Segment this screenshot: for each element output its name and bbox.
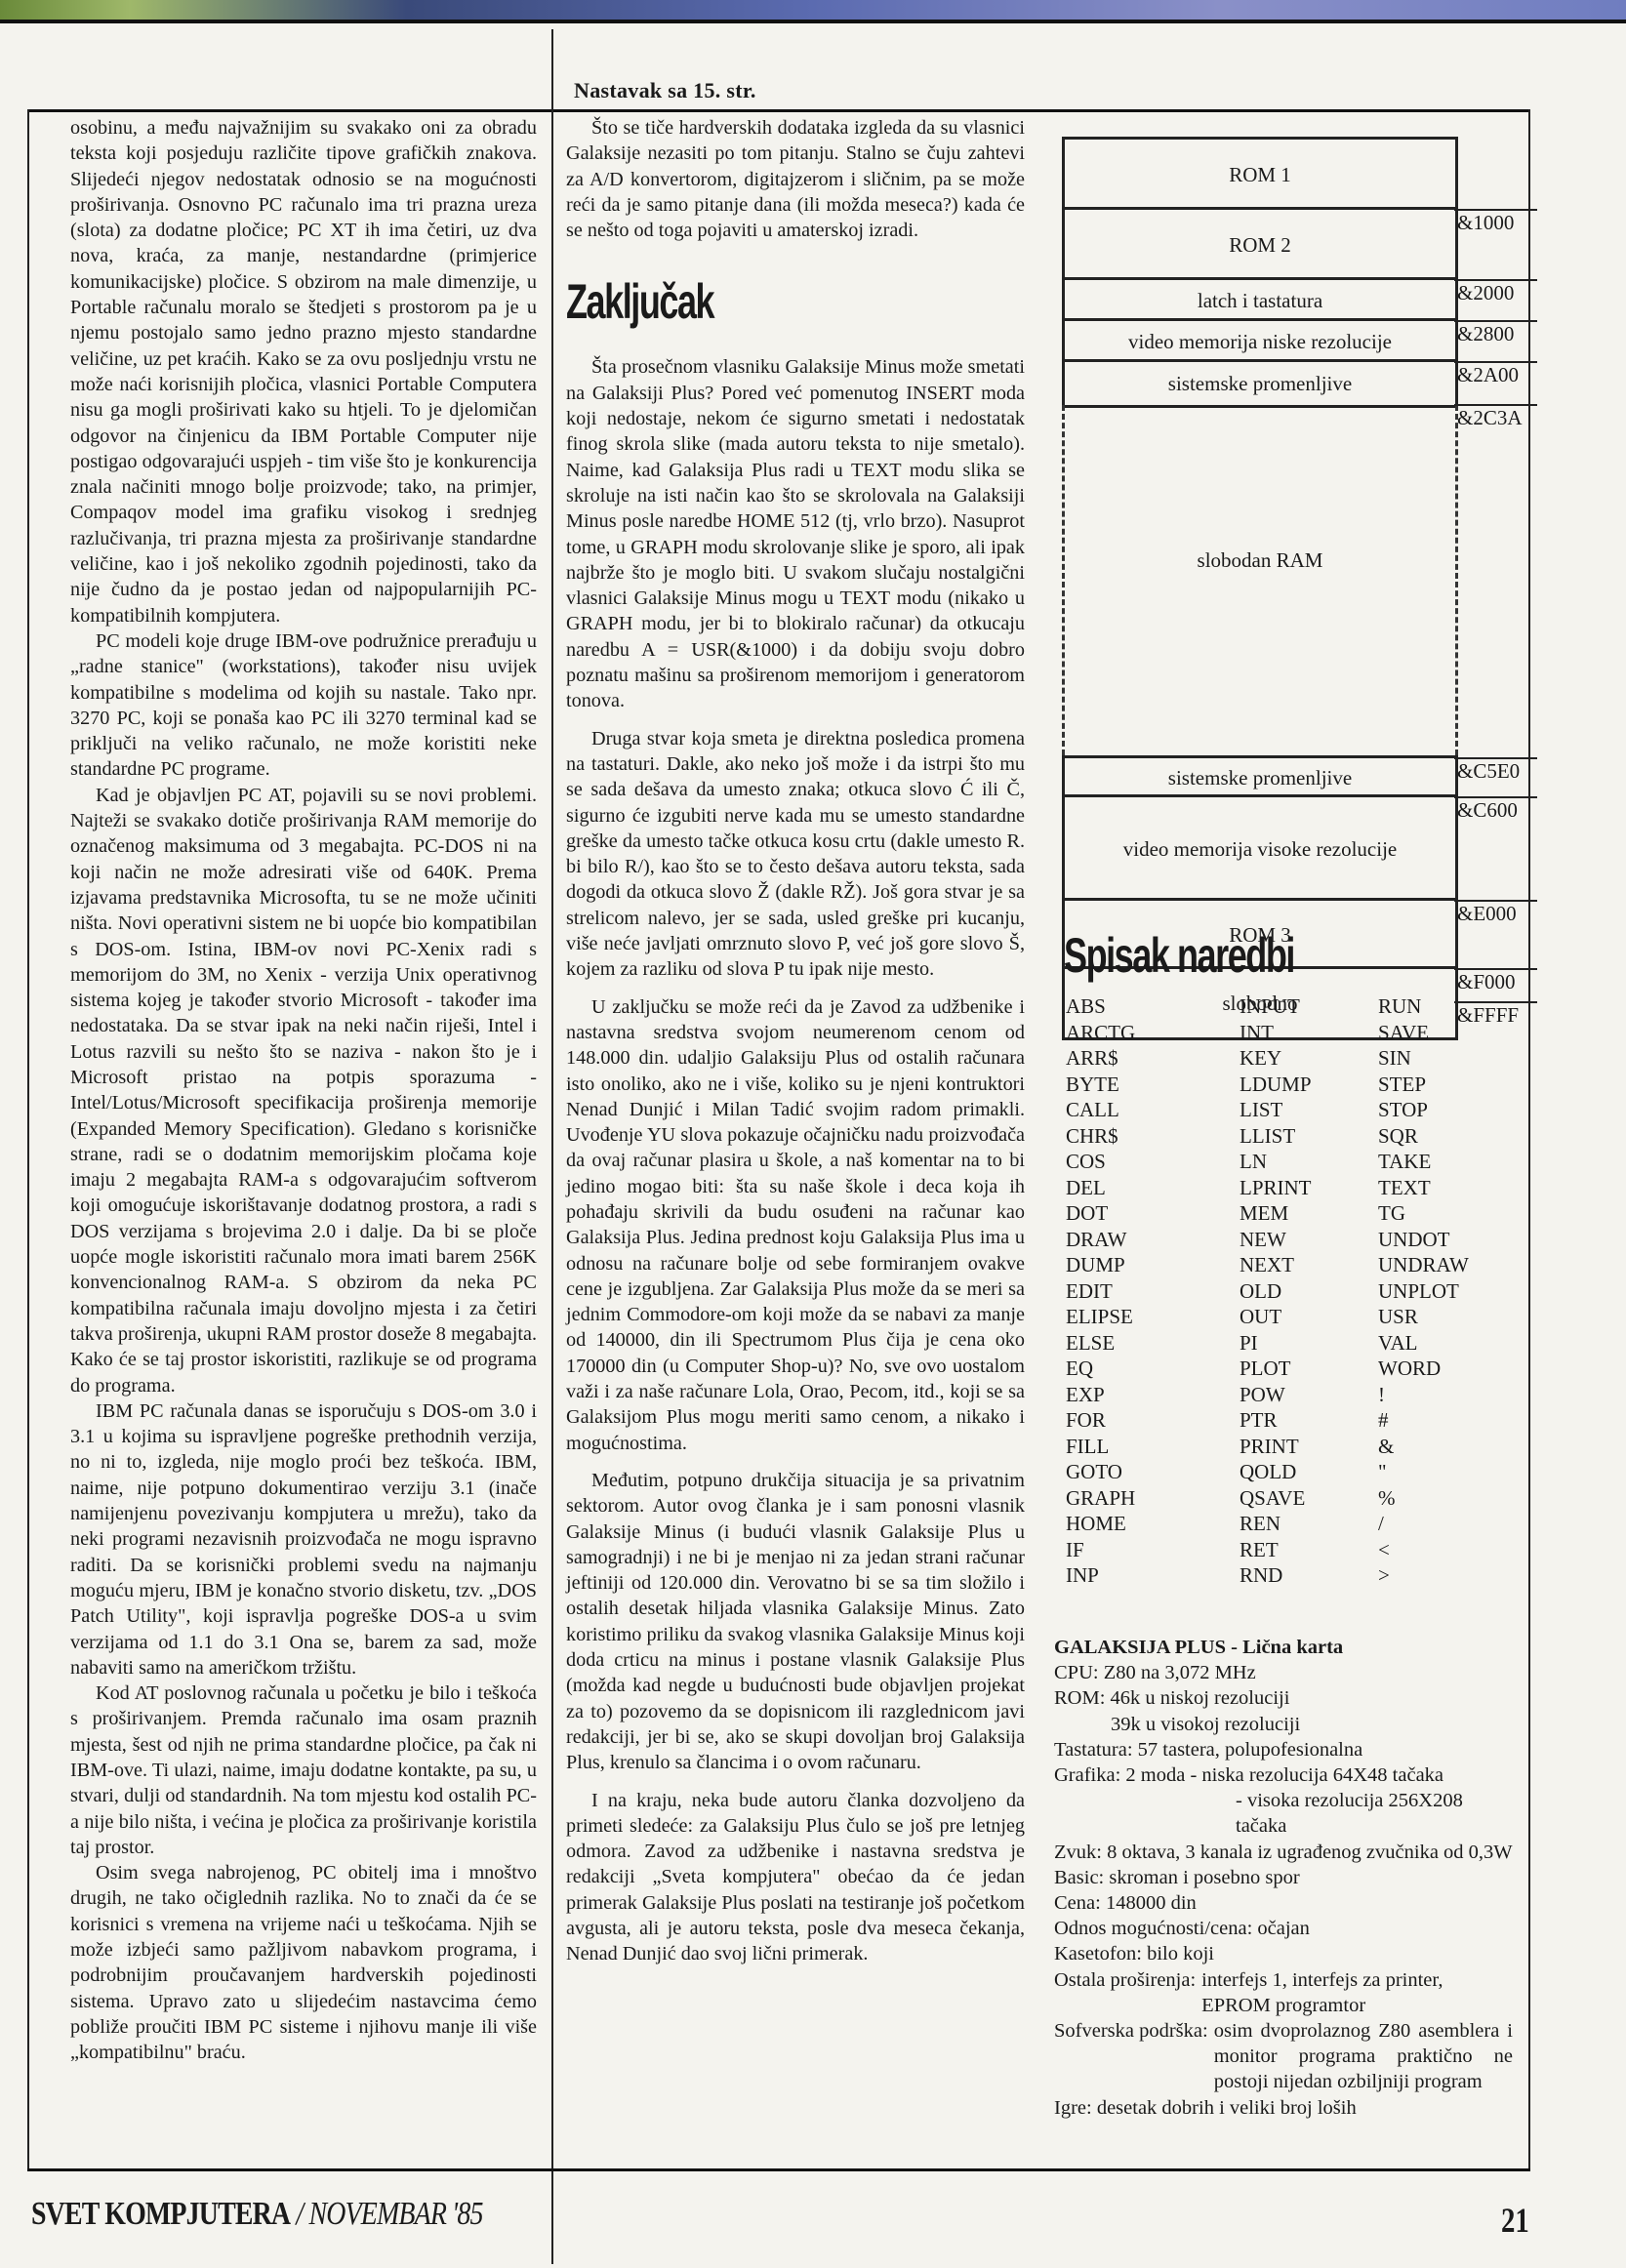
command-item: ABS [1066, 993, 1135, 1020]
spec-graphics: Grafika: 2 moda - niska rezolucija 64X48… [1054, 1762, 1513, 1788]
command-item: % [1378, 1485, 1469, 1512]
command-item: LN [1240, 1149, 1312, 1175]
command-item: FILL [1066, 1434, 1135, 1460]
command-item: & [1378, 1434, 1469, 1460]
commands-column-3: RUNSAVESINSTEPSTOPSQRTAKETEXTTGUNDOTUNDR… [1378, 993, 1469, 1589]
memory-block-video-high: video memorija visoke rezolucije [1062, 794, 1458, 901]
spec-software: Sofverska podrška: osim dvoprolaznog Z80… [1054, 2018, 1513, 2095]
spec-value: Odnos mogućnosti/cena: očajan [1054, 1916, 1513, 1941]
memory-block-rom1: ROM 1 [1062, 137, 1458, 210]
command-item: EQ [1066, 1356, 1135, 1382]
command-item: NEW [1240, 1227, 1312, 1253]
continuation-kicker: Nastavak sa 15. str. [574, 78, 756, 103]
command-item: KEY [1240, 1045, 1312, 1072]
command-item: EDIT [1066, 1278, 1135, 1305]
commands-heading: Spisak naredbi [1064, 927, 1294, 984]
command-item: REN [1240, 1511, 1312, 1537]
address-label: &1000 [1454, 209, 1537, 235]
article-column-1: osobinu, a među najvažnijim su svakako o… [70, 115, 537, 2066]
command-item: OUT [1240, 1304, 1312, 1330]
command-item: RUN [1378, 993, 1469, 1020]
command-item: LIST [1240, 1097, 1312, 1123]
footer-rule [27, 2168, 1530, 2171]
command-item: QSAVE [1240, 1485, 1312, 1512]
address-label: &2A00 [1454, 361, 1537, 387]
command-item: EXP [1066, 1382, 1135, 1408]
command-item: LDUMP [1240, 1072, 1312, 1098]
command-item: LLIST [1240, 1123, 1312, 1150]
command-item: " [1378, 1459, 1469, 1485]
command-item: CALL [1066, 1097, 1135, 1123]
spec-games: Igre: desetak dobrih i veliki broj loših [1054, 2095, 1513, 2121]
command-item: UNDRAW [1378, 1252, 1469, 1278]
spec-card-title: GALAKSIJA PLUS - Lična karta [1054, 1635, 1513, 1660]
paragraph: Šta prosečnom vlasniku Galaksije Minus m… [566, 354, 1025, 713]
command-item: > [1378, 1562, 1469, 1589]
command-item: ELSE [1066, 1330, 1135, 1357]
paragraph: IBM PC računala danas se isporučuju s DO… [70, 1398, 537, 1681]
command-item: UNPLOT [1378, 1278, 1469, 1305]
command-item: SIN [1378, 1045, 1469, 1072]
spec-keyboard: Tastatura: 57 tastera, polupofesionalna [1054, 1737, 1513, 1762]
command-item: # [1378, 1407, 1469, 1434]
memory-block-rom2: ROM 2 [1062, 207, 1458, 280]
spec-card: GALAKSIJA PLUS - Lična karta CPU: Z80 na… [1054, 1635, 1513, 2121]
command-item: PLOT [1240, 1356, 1312, 1382]
address-label: &F000 [1454, 968, 1537, 994]
command-item: COS [1066, 1149, 1135, 1175]
address-label: &2800 [1454, 320, 1537, 346]
command-item: ARR$ [1066, 1045, 1135, 1072]
command-item: WORD [1378, 1356, 1469, 1382]
address-label: &2000 [1454, 279, 1537, 305]
spec-sound: Zvuk: 8 oktava, 3 kanala iz ugrađenog zv… [1054, 1840, 1513, 1865]
spec-graphics-high: - visoka rezolucija 256X208 tačaka [1054, 1788, 1513, 1839]
address-label: &C5E0 [1454, 757, 1537, 784]
command-item: INT [1240, 1020, 1312, 1046]
command-item: LPRINT [1240, 1175, 1312, 1201]
memory-block-video-low: video memorija niske rezolucije [1062, 318, 1458, 362]
commands-column-2: INPUTINTKEYLDUMPLISTLLISTLNLPRINTMEMNEWN… [1240, 993, 1312, 1589]
address-label: &2C3A [1454, 404, 1537, 430]
magazine-name: SVET KOMPJUTERA [31, 2196, 290, 2232]
command-item: < [1378, 1537, 1469, 1563]
command-item: HOME [1066, 1511, 1135, 1537]
memory-block-free-ram: slobodan RAM [1062, 405, 1458, 755]
command-item: INPUT [1240, 993, 1312, 1020]
command-item: USR [1378, 1304, 1469, 1330]
command-item: MEM [1240, 1200, 1312, 1227]
paragraph: Druga stvar koja smeta je direktna posle… [566, 726, 1025, 983]
command-item: FOR [1066, 1407, 1135, 1434]
page-number: 21 [1501, 2200, 1529, 2241]
command-item: STOP [1378, 1097, 1469, 1123]
spec-price: Cena: 148000 din [1054, 1890, 1513, 1916]
command-item: DUMP [1066, 1252, 1135, 1278]
command-item: PTR [1240, 1407, 1312, 1434]
command-item: TEXT [1378, 1175, 1469, 1201]
command-item: ARCTG [1066, 1020, 1135, 1046]
command-item: GOTO [1066, 1459, 1135, 1485]
command-item: DEL [1066, 1175, 1135, 1201]
issue-date: NOVEMBAR '85 [308, 2196, 482, 2232]
paragraph: Što se tiče hardverskih dodataka izgleda… [566, 115, 1025, 243]
column-divider-left [551, 29, 553, 2264]
paragraph: I na kraju, neka bude autoru članka dozv… [566, 1788, 1025, 1967]
command-item: ELIPSE [1066, 1304, 1135, 1330]
section-heading-zakljucak: Zaključak [566, 276, 896, 327]
header-rule [27, 109, 1530, 112]
scan-top-color-strip [0, 0, 1626, 21]
page-border-left [27, 109, 29, 2168]
paragraph: osobinu, a među najvažnijim su svakako o… [70, 115, 537, 628]
command-item: OLD [1240, 1278, 1312, 1305]
command-item: POW [1240, 1382, 1312, 1408]
command-item: RET [1240, 1537, 1312, 1563]
command-item: NEXT [1240, 1252, 1312, 1278]
command-item: CHR$ [1066, 1123, 1135, 1150]
paragraph: Međutim, potpuno drukčija situacija je s… [566, 1468, 1025, 1776]
paragraph: PC modeli koje druge IBM-ove podružnice … [70, 628, 537, 783]
command-item: BYTE [1066, 1072, 1135, 1098]
commands-column-1: ABSARCTGARR$BYTECALLCHR$COSDELDOTDRAWDUM… [1066, 993, 1135, 1589]
spec-expansions: Ostala proširenja: interfejs 1, interfej… [1054, 1967, 1513, 2018]
paragraph: Kod AT poslovnog računala u početku je b… [70, 1681, 537, 1860]
paragraph: Kad je objavljen PC AT, pojavili su se n… [70, 783, 537, 1398]
command-item: IF [1066, 1537, 1135, 1563]
paragraph: U zaključku se može reći da je Zavod za … [566, 994, 1025, 1456]
command-item: VAL [1378, 1330, 1469, 1357]
command-item: TAKE [1378, 1149, 1469, 1175]
command-item: GRAPH [1066, 1485, 1135, 1512]
spec-basic: Basic: skroman i posebno spor [1054, 1865, 1513, 1890]
memory-block-sysvars-1: sistemske promenljive [1062, 359, 1458, 408]
command-item: RND [1240, 1562, 1312, 1589]
spec-tape: Kasetofon: bilo koji [1054, 1941, 1513, 1966]
command-item: / [1378, 1511, 1469, 1537]
memory-block-latch: latch i tastatura [1062, 277, 1458, 321]
command-item: STEP [1378, 1072, 1469, 1098]
memory-block-sysvars-2: sistemske promenljive [1062, 755, 1458, 797]
article-column-2: Što se tiče hardverskih dodataka izgleda… [566, 115, 1025, 1967]
command-item: DOT [1066, 1200, 1135, 1227]
magazine-footer: SVET KOMPJUTERA / NOVEMBAR '85 [31, 2196, 483, 2233]
command-item: INP [1066, 1562, 1135, 1589]
spec-rom-high: 39k u visokoj rezoluciji [1054, 1712, 1513, 1737]
command-item: ! [1378, 1382, 1469, 1408]
scan-top-border [0, 20, 1626, 23]
command-item: PI [1240, 1330, 1312, 1357]
command-item: QOLD [1240, 1459, 1312, 1485]
command-item: PRINT [1240, 1434, 1312, 1460]
paragraph: Osim svega nabrojenog, PC obitelj ima i … [70, 1860, 537, 2065]
spec-cpu: CPU: Z80 na 3,072 MHz [1054, 1660, 1513, 1685]
command-item: SAVE [1378, 1020, 1469, 1046]
command-item: TG [1378, 1200, 1469, 1227]
command-item: UNDOT [1378, 1227, 1469, 1253]
command-item: DRAW [1066, 1227, 1135, 1253]
spec-rom: ROM: 46k u niskoj rezoluciji [1054, 1685, 1513, 1711]
address-label: &E000 [1454, 900, 1537, 926]
address-label: &C600 [1454, 796, 1537, 823]
command-item: SQR [1378, 1123, 1469, 1150]
